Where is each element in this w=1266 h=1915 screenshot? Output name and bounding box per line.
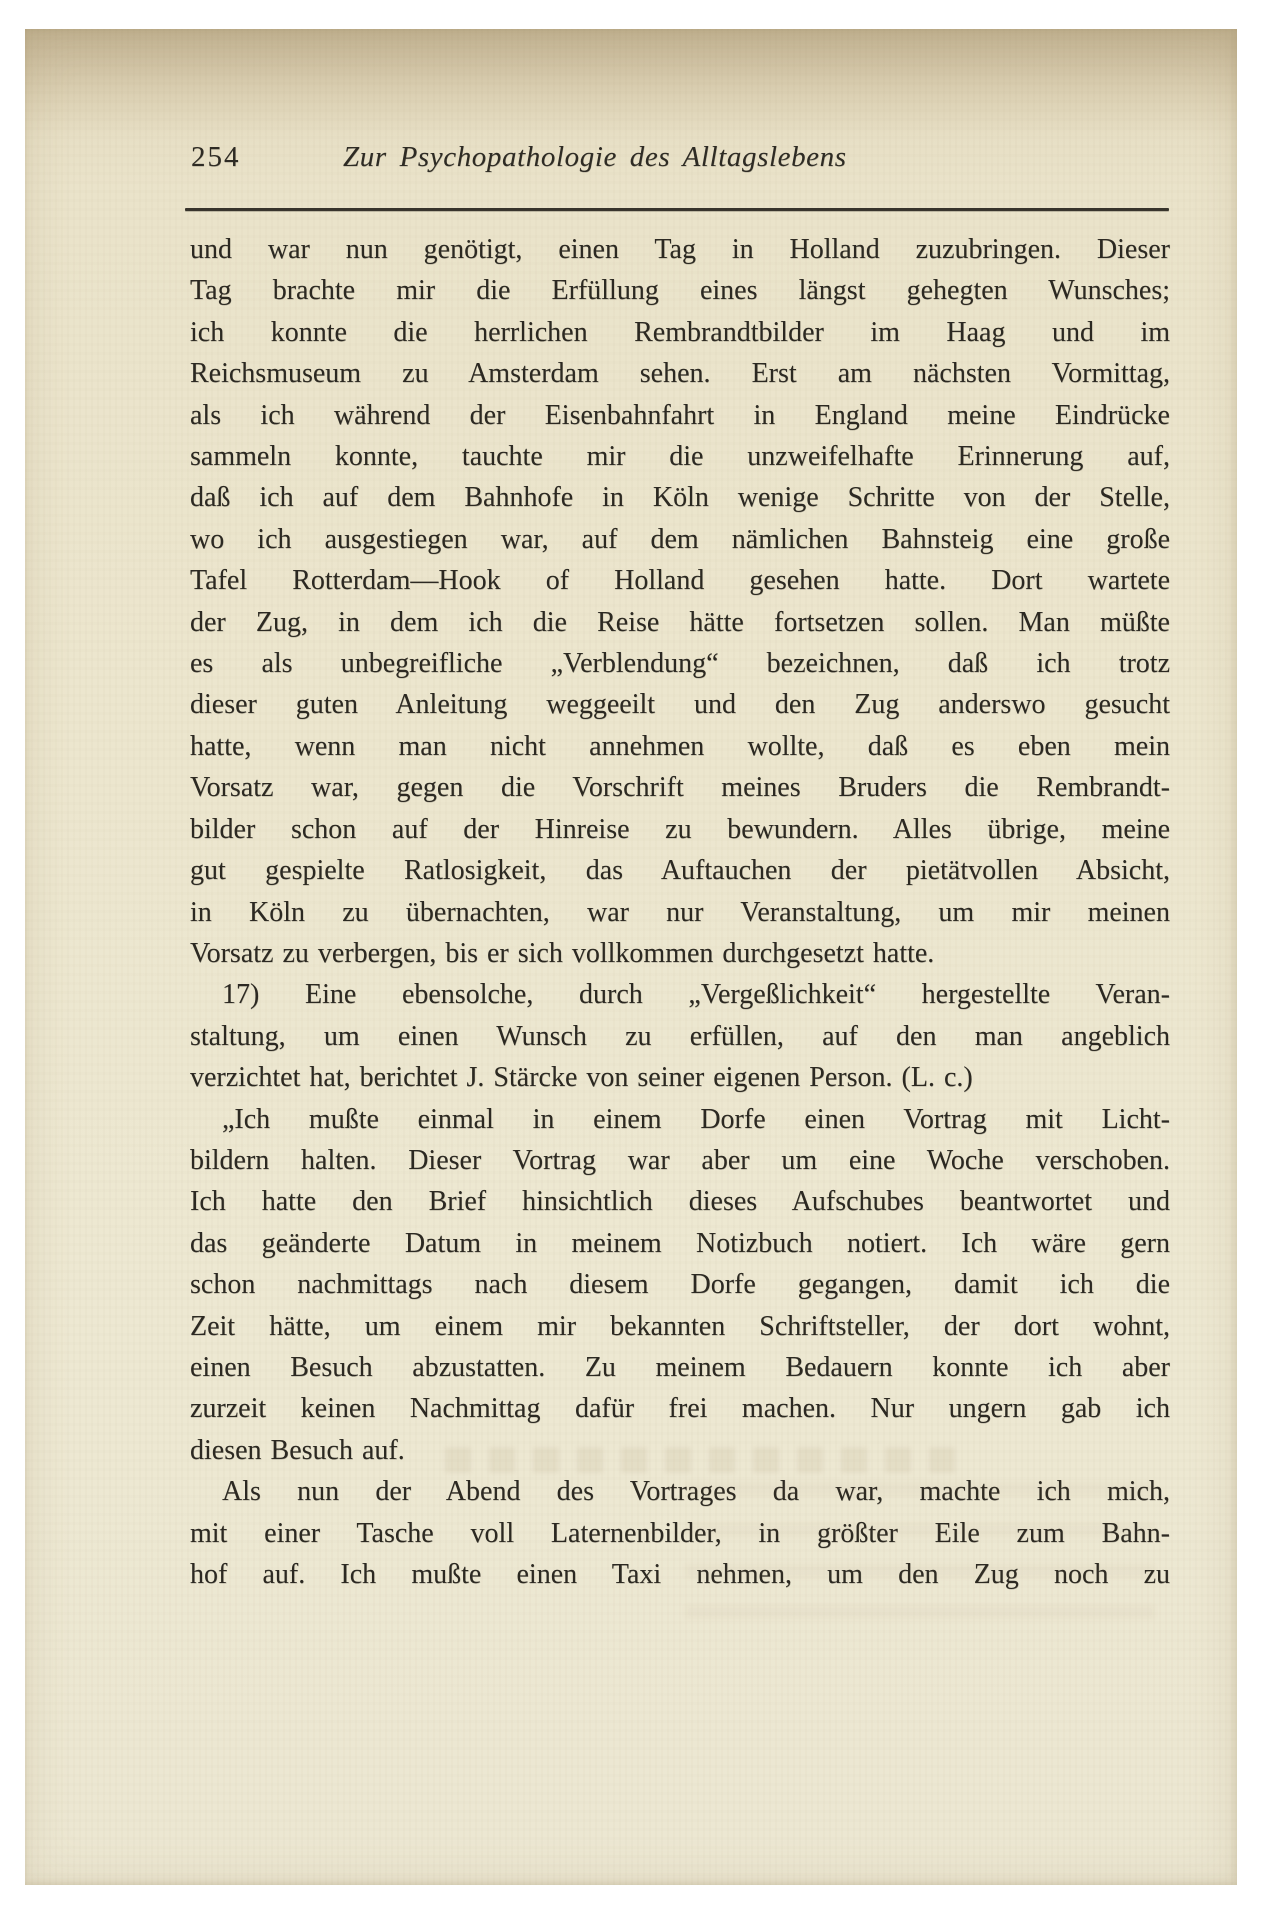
text-line: einen Besuch abzustatten. Zu meinem Beda… [190, 1347, 1170, 1388]
text-line: wo ich ausgestiegen war, auf dem nämlich… [190, 519, 1170, 560]
text-line: es als unbegreifliche „Verblendung“ beze… [190, 643, 1170, 684]
text-line: und war nun genötigt, einen Tag in Holla… [190, 229, 1170, 270]
text-line: sammeln konnte, tauchte mir die unzweife… [190, 436, 1170, 477]
text-line: hatte, wenn man nicht annehmen wollte, d… [190, 726, 1170, 767]
text-line: 17) Eine ebensolche, durch „Vergeßlichke… [190, 974, 1170, 1015]
text-line: mit einer Tasche voll Laternenbilder, in… [190, 1513, 1170, 1554]
text-line: Ich hatte den Brief hinsichtlich dieses … [190, 1181, 1170, 1222]
running-title: Zur Psychopathologie des Alltagslebens [343, 141, 847, 174]
text-line: schon nachmittags nach diesem Dorfe gega… [190, 1264, 1170, 1305]
text-line: in Köln zu übernachten, war nur Veransta… [190, 892, 1170, 933]
text-line: das geänderte Datum in meinem Notizbuch … [190, 1223, 1170, 1264]
text-line: „Ich mußte einmal in einem Dorfe einen V… [190, 1099, 1170, 1140]
body-text: und war nun genötigt, einen Tag in Holla… [190, 229, 1170, 1595]
scanned-book-page: 254 Zur Psychopathologie des Alltagslebe… [0, 0, 1266, 1915]
text-line: Zeit hätte, um einem mir bekannten Schri… [190, 1306, 1170, 1347]
text-line: ich konnte die herrlichen Rembrandtbilde… [190, 312, 1170, 353]
text-line: verzichtet hat, berichtet J. Stärcke von… [190, 1057, 1170, 1098]
text-line: bilder schon auf der Hinreise zu bewunde… [190, 809, 1170, 850]
text-line: als ich während der Eisenbahnfahrt in En… [190, 395, 1170, 436]
text-line: bildern halten. Dieser Vortrag war aber … [190, 1140, 1170, 1181]
page-paper: 254 Zur Psychopathologie des Alltagslebe… [25, 29, 1237, 1885]
text-line: Vorsatz war, gegen die Vorschrift meines… [190, 767, 1170, 808]
page-header: 254 Zur Psychopathologie des Alltagslebe… [25, 141, 1237, 181]
text-line: zurzeit keinen Nachmittag dafür frei mac… [190, 1388, 1170, 1429]
text-line: hof auf. Ich mußte einen Taxi nehmen, um… [190, 1554, 1170, 1595]
text-line: Als nun der Abend des Vortrages da war, … [190, 1471, 1170, 1512]
text-line: staltung, um einen Wunsch zu erfüllen, a… [190, 1016, 1170, 1057]
text-line: diesen Besuch auf. [190, 1430, 1170, 1471]
text-line: Vorsatz zu verbergen, bis er sich vollko… [190, 933, 1170, 974]
text-line: Tag brachte mir die Erfüllung eines läng… [190, 270, 1170, 311]
text-line: dieser guten Anleitung weggeeilt und den… [190, 684, 1170, 725]
header-rule [185, 208, 1169, 211]
page-number: 254 [191, 141, 241, 174]
text-line: daß ich auf dem Bahnhofe in Köln wenige … [190, 477, 1170, 518]
text-line: Tafel Rotterdam—Hook of Holland gesehen … [190, 560, 1170, 601]
text-line: Reichsmuseum zu Amsterdam sehen. Erst am… [190, 353, 1170, 394]
text-line: der Zug, in dem ich die Reise hätte fort… [190, 602, 1170, 643]
text-line: gut gespielte Ratlosigkeit, das Auftauch… [190, 850, 1170, 891]
